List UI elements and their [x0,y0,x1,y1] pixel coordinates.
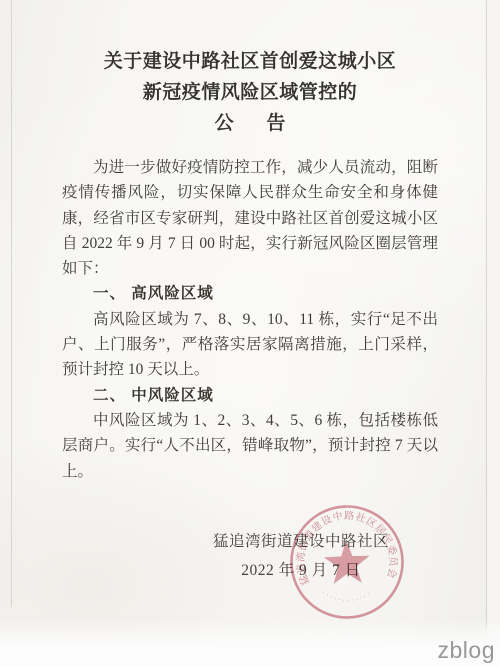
title-line-2: 新冠疫情风险区域管控的 [62,77,438,108]
seal-bottom-code: ············ [321,588,374,605]
bottom-fade-band [0,619,500,667]
title-line-1: 关于建设中路社区首创爱这城小区 [62,46,438,77]
page-edge-right-strip [487,0,500,667]
section-2-heading: 二、 中风险区域 [62,383,438,408]
page-edge-left [11,0,12,607]
svg-text:············: ············ [321,588,374,605]
notice-photo: 关于建设中路社区首创爱这城小区 新冠疫情风险区域管控的 公 告 为进一步做好疫情… [0,0,500,667]
official-seal-stamp-icon: 猛追湾街道建设中路社区居民委员会 ············ [285,500,409,624]
zblog-watermark: zblog [438,637,495,664]
section-1-heading: 一、 高风险区域 [62,281,438,306]
title-line-3: 公 告 [62,108,438,139]
section-2-body: 中风险区域为 1、2、3、4、5、6 栋，包括楼栋低层商户。实行“人不出区，错峰… [62,408,438,484]
notice-body: 为进一步做好疫情防控工作，减少人员流动，阻断疫情传播风险，切实保障人民群众生命安… [62,155,438,484]
notice-title: 关于建设中路社区首创爱这城小区 新冠疫情风险区域管控的 公 告 [62,46,438,139]
seal-star-icon [323,539,370,584]
page-edge-right [486,0,487,627]
notice-document: 关于建设中路社区首创爱这城小区 新冠疫情风险区域管控的 公 告 为进一步做好疫情… [62,46,438,484]
intro-paragraph: 为进一步做好疫情防控工作，减少人员流动，阻断疫情传播风险，切实保障人民群众生命安… [62,155,438,281]
section-1-body: 高风险区域为 7、8、9、10、11 栋，实行“足不出户、上门服务”，严格落实居… [62,307,438,383]
